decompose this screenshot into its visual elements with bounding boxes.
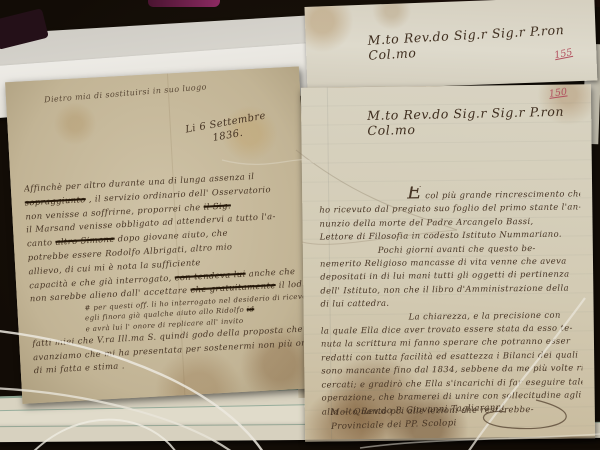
letter-salutation: M.to Rev.do Sig.r Sig.r P.ron Col.mo	[367, 103, 592, 138]
right-letter-body: È col più grande rincrescimento che ho r…	[319, 184, 583, 418]
folio-number: 155	[553, 47, 573, 61]
marginal-note: Dietro mia di sostituirsi in suo luogo	[44, 82, 207, 104]
signature-block: Molto Rev.do P. Giovanni Tagliaranni Pro…	[331, 402, 506, 434]
right-letter-main-sheet: 150 M.to Rev.do Sig.r Sig.r P.ron Col.mo…	[301, 84, 595, 442]
folio-number: 150	[548, 86, 567, 99]
left-letter-page: Dietro mia di sostituirsi in suo luogo L…	[5, 66, 316, 403]
right-letter-top-sheet: M.to Rev.do Sig.r Sig.r P.ron Col.mo 155	[304, 0, 597, 91]
magenta-binding-edge	[148, 0, 220, 7]
date-line: Li 6 Settembre 1836.	[184, 110, 269, 150]
manuscript-photo: Dietro mia di sostituirsi in suo luogo L…	[0, 0, 600, 450]
left-letter-body: Affinchè per altro durante una di lunga …	[24, 168, 307, 379]
